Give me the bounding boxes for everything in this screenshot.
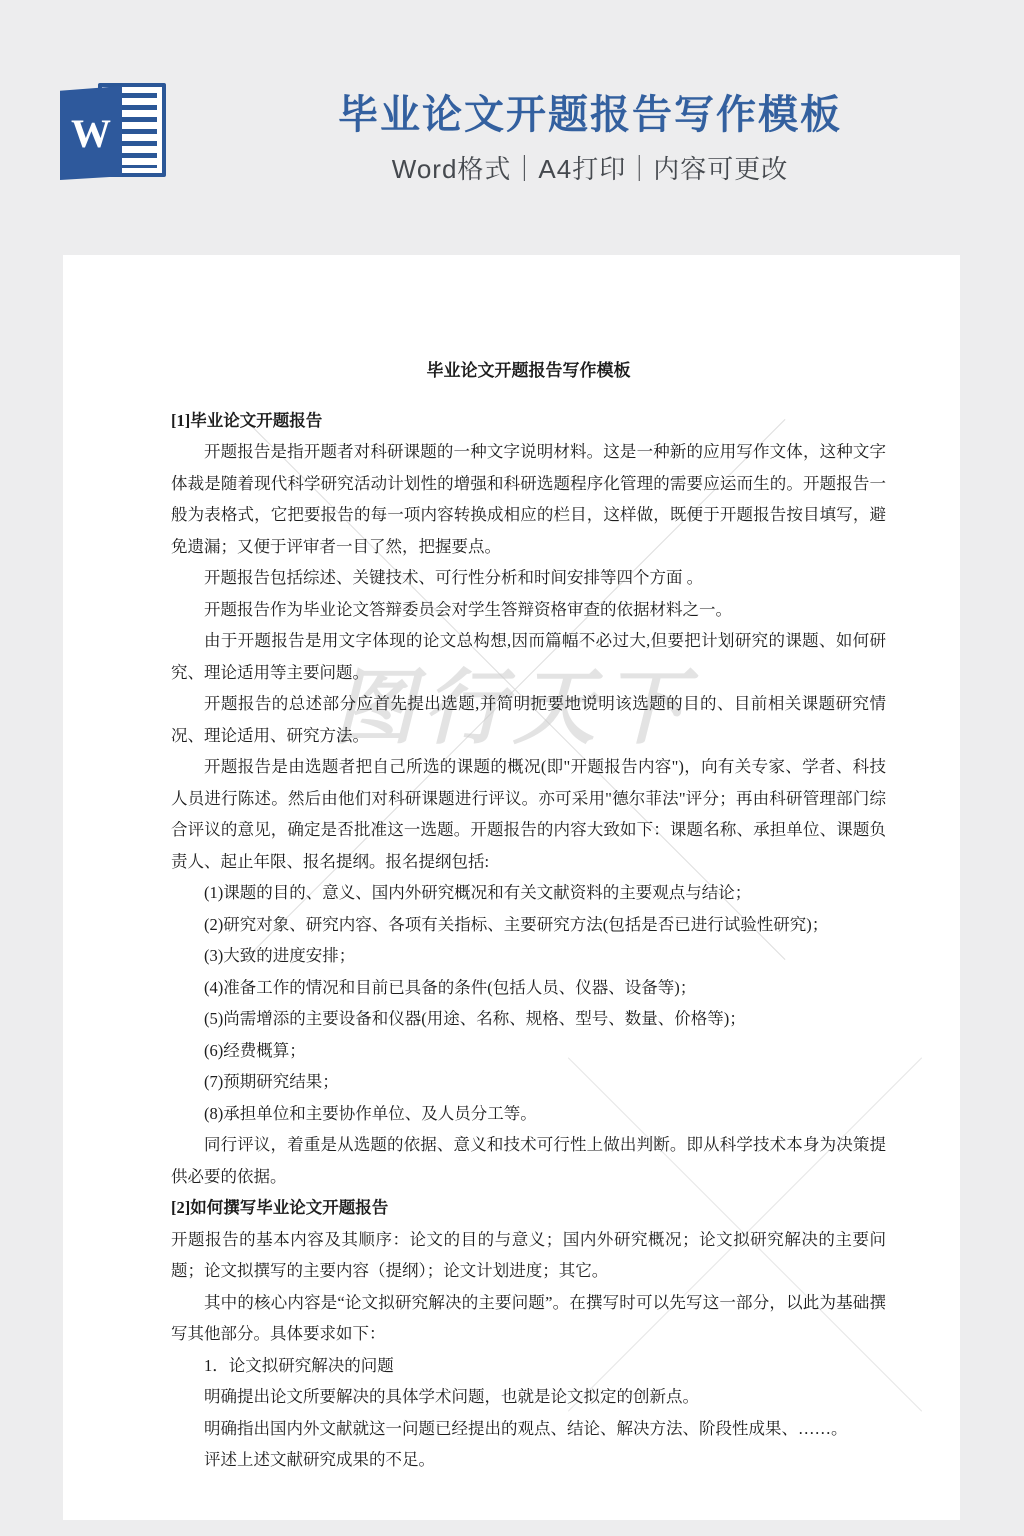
- page-subtitle: Word格式｜A4打印｜内容可更改: [166, 154, 1014, 184]
- paragraph: 其中的核心内容是“论文拟研究解决的主要问题”。在撰写时可以先写这一部分，以此为基…: [171, 1287, 886, 1350]
- paragraph: (7)预期研究结果；: [171, 1066, 886, 1098]
- paragraph: (6)经费概算；: [171, 1035, 886, 1067]
- paragraph: 同行评议，着重是从选题的依据、意义和技术可行性上做出判断。即从科学技术本身为决策…: [171, 1129, 886, 1192]
- template-preview-page: W 毕业论文开题报告写作模板 Word格式｜A4打印｜内容可更改 图行天下 毕业…: [0, 0, 1024, 1536]
- word-w-panel-icon: W: [60, 86, 122, 180]
- paragraph: 评述上述文献研究成果的不足。: [171, 1444, 886, 1476]
- page-title: 毕业论文开题报告写作模板: [166, 92, 1014, 138]
- paragraph: 由于开题报告是用文字体现的论文总构想,因而篇幅不必过大,但要把计划研究的课题、如…: [171, 625, 886, 688]
- section-heading: [2]如何撰写毕业论文开题报告: [171, 1192, 886, 1224]
- paragraph: 1．论文拟研究解决的问题: [171, 1350, 886, 1382]
- word-logo-icon: W: [60, 83, 166, 183]
- document-content: 毕业论文开题报告写作模板 [1]毕业论文开题报告开题报告是指开题者对科研课题的一…: [63, 255, 960, 1516]
- header: W 毕业论文开题报告写作模板 Word格式｜A4打印｜内容可更改: [0, 0, 1024, 255]
- document-title: 毕业论文开题报告写作模板: [171, 355, 886, 387]
- paragraph: 开题报告包括综述、关键技术、可行性分析和时间安排等四个方面 。: [171, 562, 886, 594]
- header-text: 毕业论文开题报告写作模板 Word格式｜A4打印｜内容可更改: [166, 92, 1014, 184]
- paragraph: 明确提出论文所要解决的具体学术问题，也就是论文拟定的创新点。: [171, 1381, 886, 1413]
- paragraph: 开题报告作为毕业论文答辩委员会对学生答辩资格审查的依据材料之一。: [171, 594, 886, 626]
- document-body: [1]毕业论文开题报告开题报告是指开题者对科研课题的一种文字说明材料。这是一种新…: [171, 405, 886, 1476]
- paragraph: 开题报告是指开题者对科研课题的一种文字说明材料。这是一种新的应用写作文体，这种文…: [171, 436, 886, 562]
- paragraph: 开题报告的基本内容及其顺序：论文的目的与意义；国内外研究概况；论文拟研究解决的主…: [171, 1224, 886, 1287]
- paragraph: (2)研究对象、研究内容、各项有关指标、主要研究方法(包括是否已进行试验性研究)…: [171, 909, 886, 941]
- word-letter: W: [71, 110, 111, 157]
- section-heading: [1]毕业论文开题报告: [171, 405, 886, 437]
- paragraph: 开题报告的总述部分应首先提出选题,并简明扼要地说明该选题的目的、目前相关课题研究…: [171, 688, 886, 751]
- word-doc-lines-icon: [118, 93, 157, 168]
- paragraph: (1)课题的目的、意义、国内外研究概况和有关文献资料的主要观点与结论；: [171, 877, 886, 909]
- paragraph: (5)尚需增添的主要设备和仪器(用途、名称、规格、型号、数量、价格等)；: [171, 1003, 886, 1035]
- paragraph: (8)承担单位和主要协作单位、及人员分工等。: [171, 1098, 886, 1130]
- paragraph: (3)大致的进度安排；: [171, 940, 886, 972]
- paragraph: (4)准备工作的情况和目前已具备的条件(包括人员、仪器、设备等)；: [171, 972, 886, 1004]
- paragraph: 明确指出国内外文献就这一问题已经提出的观点、结论、解决方法、阶段性成果、……。: [171, 1413, 886, 1445]
- paragraph: 开题报告是由选题者把自己所选的课题的概况(即"开题报告内容")，向有关专家、学者…: [171, 751, 886, 877]
- document-page: 图行天下 毕业论文开题报告写作模板 [1]毕业论文开题报告开题报告是指开题者对科…: [63, 255, 960, 1520]
